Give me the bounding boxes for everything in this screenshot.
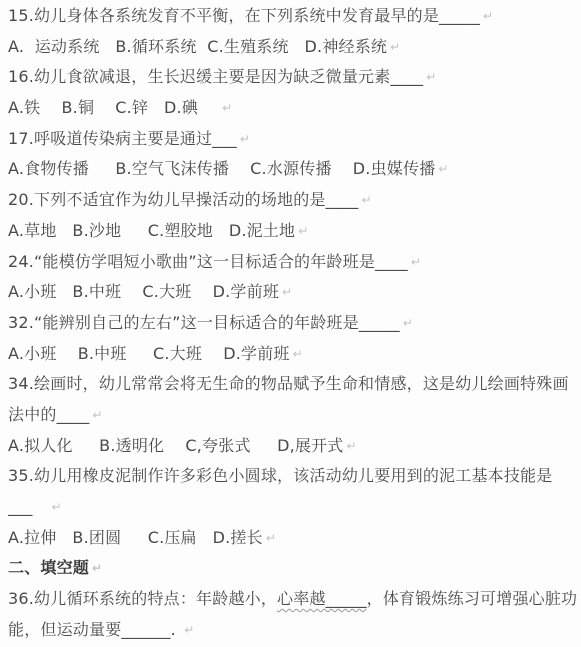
blank-line: ___ ↵ (8, 492, 577, 523)
question-line: 能，但运动量要______. ↵ (8, 615, 577, 646)
paragraph-mark-icon: ↵ (92, 561, 102, 575)
paragraph-mark-icon: ↵ (184, 623, 194, 637)
paragraph-mark-icon: ↵ (222, 101, 232, 115)
paragraph-mark-icon: ↵ (390, 40, 400, 54)
paragraph-mark-icon: ↵ (51, 500, 61, 514)
text-segment: ___ (8, 497, 48, 516)
text-segment: A.食物传播 B.空气飞沫传播 C.水源传播 D.虫媒传播 (8, 159, 435, 178)
text-segment: ，体育锻炼练习可增强心脏功 (367, 589, 577, 608)
options-line: A.铁 B.铜 C.锌 D.碘 ↵ (8, 93, 577, 124)
options-line: A. 运动系统 B.循环系统 C.生殖系统 D.神经系统↵ (8, 32, 577, 63)
question-line: 20.下列不适宜作为幼儿早操活动的场地的是____↵ (8, 185, 577, 216)
text-segment: 24.“能模仿学唱短小歌曲”这一目标适合的年龄班是____ (8, 252, 408, 271)
question-line: 32.“能辨别自己的左右”这一目标适合的年龄班是_____↵ (8, 308, 577, 339)
text-segment: 20.下列不适宜作为幼儿早操活动的场地的是____ (8, 190, 358, 209)
options-line: A.拉伸 B.团圆 C.压扁 D.搓长↵ (8, 523, 577, 554)
text-segment: 36.幼儿循环系统的特点：年龄越小， (8, 589, 277, 608)
paragraph-mark-icon: ↵ (240, 132, 250, 146)
text-segment: 32.“能辨别自己的左右”这一目标适合的年龄班是_____ (8, 313, 400, 332)
document-body: 15.幼儿身体各系统发育不平衡，在下列系统中发育最早的是_____↵A. 运动系… (8, 1, 577, 645)
text-segment: A.拉伸 B.团圆 C.压扁 D.搓长 (8, 528, 263, 547)
options-line: A.小班 B.中班 C.大班 D.学前班↵ (8, 277, 577, 308)
options-line: A.食物传播 B.空气飞沫传播 C.水源传播 D.虫媒传播↵ (8, 154, 577, 185)
text-segment: 能，但运动量要______. (8, 620, 181, 639)
paragraph-mark-icon: ↵ (361, 193, 371, 207)
paragraph-mark-icon: ↵ (92, 408, 102, 422)
paragraph-mark-icon: ↵ (282, 285, 292, 299)
question-line: 34.绘画时，幼儿常常会将无生命的物品赋予生命和情感，这是幼儿绘画特殊画 (8, 369, 577, 400)
text-segment: A.小班 B.中班 C.大班 D.学前班 (8, 282, 279, 301)
question-line: 16.幼儿食欲减退，生长迟缓主要是因为缺乏微量元素____↵ (8, 62, 577, 93)
options-line: A.小班 B.中班 C.大班 D.学前班↵ (8, 339, 577, 370)
paragraph-mark-icon: ↵ (426, 70, 436, 84)
paragraph-mark-icon: ↵ (298, 224, 308, 238)
question-line: 15.幼儿身体各系统发育不平衡，在下列系统中发育最早的是_____↵ (8, 1, 577, 32)
text-segment: 35.幼儿用橡皮泥制作许多彩色小圆球，该活动幼儿要用到的泥工基本技能是 (8, 466, 552, 485)
paragraph-mark-icon: ↵ (483, 9, 493, 23)
text-segment: A.草地 B.沙地 C.塑胶地 D.泥土地 (8, 221, 295, 240)
paragraph-mark-icon: ↵ (293, 347, 303, 361)
question-line: 35.幼儿用橡皮泥制作许多彩色小圆球，该活动幼儿要用到的泥工基本技能是 (8, 461, 577, 492)
text-segment: A.小班 B.中班 C.大班 D.学前班 (8, 344, 290, 363)
text-segment: 15.幼儿身体各系统发育不平衡，在下列系统中发育最早的是_____ (8, 6, 480, 25)
text-segment: 二、填空题 (8, 558, 89, 577)
paragraph-mark-icon: ↵ (346, 439, 356, 453)
text-segment: A.铁 B.铜 C.锌 D.碘 (8, 98, 219, 117)
question-line: 法中的____↵ (8, 400, 577, 431)
text-segment: 法中的____ (8, 405, 89, 424)
question-line: 36.幼儿循环系统的特点：年龄越小，心率越_____，体育锻炼练习可增强心脏功 (8, 584, 577, 615)
document-page: 15.幼儿身体各系统发育不平衡，在下列系统中发育最早的是_____↵A. 运动系… (0, 0, 581, 647)
text-segment: 17.呼吸道传染病主要是通过___ (8, 129, 237, 148)
options-line: A.草地 B.沙地 C.塑胶地 D.泥土地↵ (8, 216, 577, 247)
section-heading: 二、填空题↵ (8, 553, 577, 584)
paragraph-mark-icon: ↵ (403, 316, 413, 330)
question-line: 17.呼吸道传染病主要是通过___↵ (8, 124, 577, 155)
spellcheck-wavy-text: 心率越_____ (277, 589, 367, 608)
paragraph-mark-icon: ↵ (266, 531, 276, 545)
options-line: A.拟人化 B.透明化 C,夸张式 D,展开式↵ (8, 431, 577, 462)
text-segment: A. 运动系统 B.循环系统 C.生殖系统 D.神经系统 (8, 37, 387, 56)
text-segment: 16.幼儿食欲减退，生长迟缓主要是因为缺乏微量元素____ (8, 67, 423, 86)
question-line: 24.“能模仿学唱短小歌曲”这一目标适合的年龄班是____↵ (8, 247, 577, 278)
paragraph-mark-icon: ↵ (411, 255, 421, 269)
paragraph-mark-icon: ↵ (438, 162, 448, 176)
text-segment: A.拟人化 B.透明化 C,夸张式 D,展开式 (8, 436, 343, 455)
text-segment: 34.绘画时，幼儿常常会将无生命的物品赋予生命和情感，这是幼儿绘画特殊画 (8, 374, 569, 393)
